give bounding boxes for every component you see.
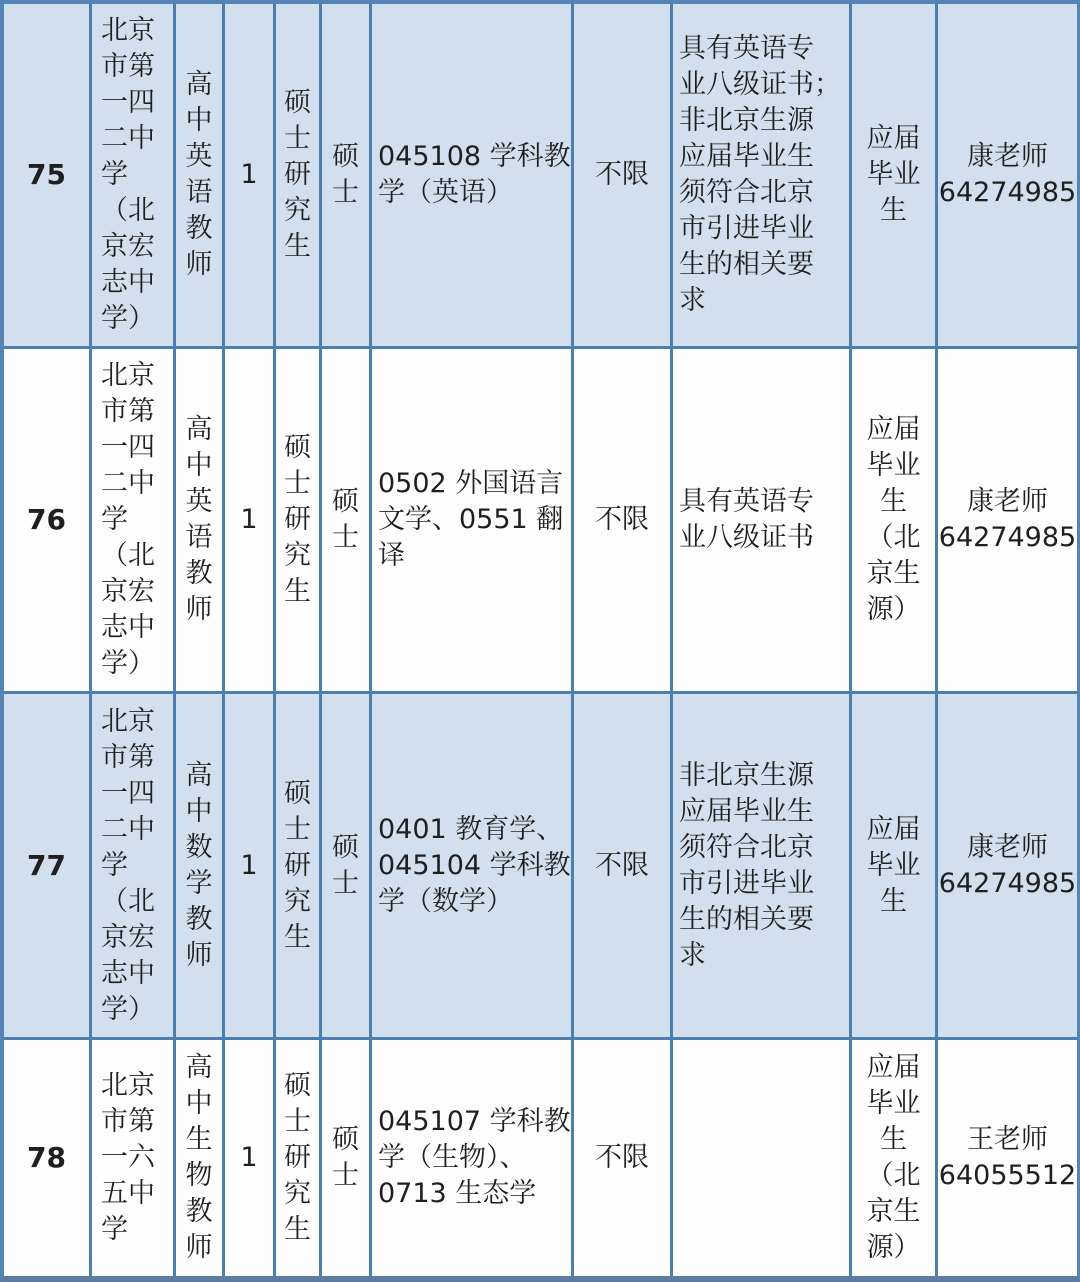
- cell-row-number: 77: [4, 694, 92, 1037]
- cell-education: 硕士研究生: [276, 1040, 322, 1276]
- cell-school: 北京市第一四二中学（北京宏志中学）: [92, 4, 176, 346]
- cell-school: 北京市第一四二中学（北京宏志中学）: [92, 349, 176, 691]
- cell-row-number: 78: [4, 1040, 92, 1276]
- position-text: 高中英语教师: [184, 67, 214, 283]
- requirements-text: 具有英语专 业八级证书； 非北京生源 应届毕业生 须符合北京 市引进毕业 生的相…: [679, 31, 841, 319]
- cell-count: 1: [225, 694, 276, 1037]
- degree-text: 硕士: [329, 1122, 363, 1194]
- cell-contact: 康老师 64274985: [938, 349, 1077, 691]
- degree-text: 硕士: [329, 484, 363, 556]
- majors-text: 045108 学科教 学（英语）: [378, 139, 571, 211]
- cell-count: 1: [225, 4, 276, 346]
- row-number-text: 78: [27, 1140, 66, 1176]
- limit-text: 不限: [595, 1140, 649, 1176]
- school-text: 北京市第一四二中学（北京宏志中学）: [101, 358, 159, 682]
- position-text: 高中数学教师: [184, 758, 214, 974]
- degree-text: 硕士: [329, 139, 363, 211]
- contact-text: 康老师 64274985: [939, 830, 1076, 902]
- cell-count: 1: [225, 1040, 276, 1276]
- contact-text: 康老师 64274985: [939, 139, 1076, 211]
- cell-requirements: 具有英语专 业八级证书: [673, 349, 852, 691]
- position-text: 高中生物教师: [184, 1050, 214, 1266]
- table-row: 77 北京市第一四二中学（北京宏志中学） 高中数学教师 1 硕士研究生 硕士 0…: [4, 694, 1077, 1040]
- count-text: 1: [240, 502, 257, 538]
- majors-text: 045107 学科教 学（生物）、 0713 生态学: [378, 1104, 571, 1212]
- school-text: 北京市第一四二中学（北京宏志中学）: [101, 704, 159, 1028]
- cell-school: 北京市第一六五中学: [92, 1040, 176, 1276]
- majors-text: 0401 教育学、 045104 学科教 学（数学）: [378, 812, 571, 920]
- cell-grad-type: 应届毕业生（北京生源）: [852, 349, 938, 691]
- table-row: 75 北京市第一四二中学（北京宏志中学） 高中英语教师 1 硕士研究生 硕士 0…: [4, 4, 1077, 349]
- cell-majors: 045108 学科教 学（英语）: [372, 4, 574, 346]
- cell-limit: 不限: [574, 1040, 673, 1276]
- grad-type-text: 应届毕业生: [865, 121, 923, 229]
- cell-contact: 康老师 64274985: [938, 694, 1077, 1037]
- cell-grad-type: 应届毕业生: [852, 694, 938, 1037]
- cell-grad-type: 应届毕业生（北京生源）: [852, 1040, 938, 1276]
- cell-limit: 不限: [574, 694, 673, 1037]
- cell-majors: 0401 教育学、 045104 学科教 学（数学）: [372, 694, 574, 1037]
- school-text: 北京市第一四二中学（北京宏志中学）: [101, 13, 159, 337]
- cell-position: 高中英语教师: [176, 4, 225, 346]
- limit-text: 不限: [595, 157, 649, 193]
- grad-type-text: 应届毕业生（北京生源）: [865, 1050, 923, 1266]
- table-row: 76 北京市第一四二中学（北京宏志中学） 高中英语教师 1 硕士研究生 硕士 0…: [4, 349, 1077, 694]
- cell-row-number: 76: [4, 349, 92, 691]
- cell-position: 高中英语教师: [176, 349, 225, 691]
- count-text: 1: [240, 157, 257, 193]
- cell-requirements: 具有英语专 业八级证书； 非北京生源 应届毕业生 须符合北京 市引进毕业 生的相…: [673, 4, 852, 346]
- grad-type-text: 应届毕业生: [865, 812, 923, 920]
- cell-school: 北京市第一四二中学（北京宏志中学）: [92, 694, 176, 1037]
- cell-education: 硕士研究生: [276, 694, 322, 1037]
- cell-degree: 硕士: [322, 694, 372, 1037]
- cell-majors: 0502 外国语言 文学、0551 翻 译: [372, 349, 574, 691]
- cell-education: 硕士研究生: [276, 4, 322, 346]
- contact-text: 康老师 64274985: [939, 484, 1076, 556]
- cell-education: 硕士研究生: [276, 349, 322, 691]
- cell-requirements: [673, 1040, 852, 1276]
- limit-text: 不限: [595, 848, 649, 884]
- row-number-text: 77: [27, 848, 66, 884]
- count-text: 1: [240, 848, 257, 884]
- requirements-text: 非北京生源 应届毕业生 须符合北京 市引进毕业 生的相关要 求: [679, 758, 814, 974]
- education-text: 硕士研究生: [283, 430, 313, 610]
- recruitment-table: 75 北京市第一四二中学（北京宏志中学） 高中英语教师 1 硕士研究生 硕士 0…: [0, 0, 1080, 1282]
- cell-limit: 不限: [574, 349, 673, 691]
- table-row: 78 北京市第一六五中学 高中生物教师 1 硕士研究生 硕士 045107 学科…: [4, 1040, 1077, 1276]
- cell-degree: 硕士: [322, 4, 372, 346]
- cell-row-number: 75: [4, 4, 92, 346]
- row-number-text: 76: [27, 502, 66, 538]
- cell-position: 高中生物教师: [176, 1040, 225, 1276]
- position-text: 高中英语教师: [184, 412, 214, 628]
- education-text: 硕士研究生: [283, 776, 313, 956]
- limit-text: 不限: [595, 502, 649, 538]
- cell-count: 1: [225, 349, 276, 691]
- cell-contact: 康老师 64274985: [938, 4, 1077, 346]
- education-text: 硕士研究生: [283, 1068, 313, 1248]
- cell-contact: 王老师 64055512: [938, 1040, 1077, 1276]
- grad-type-text: 应届毕业生（北京生源）: [865, 412, 923, 628]
- majors-text: 0502 外国语言 文学、0551 翻 译: [378, 466, 563, 574]
- count-text: 1: [240, 1140, 257, 1176]
- cell-grad-type: 应届毕业生: [852, 4, 938, 346]
- cell-degree: 硕士: [322, 349, 372, 691]
- degree-text: 硕士: [329, 830, 363, 902]
- contact-text: 王老师 64055512: [939, 1122, 1076, 1194]
- cell-position: 高中数学教师: [176, 694, 225, 1037]
- cell-degree: 硕士: [322, 1040, 372, 1276]
- cell-majors: 045107 学科教 学（生物）、 0713 生态学: [372, 1040, 574, 1276]
- school-text: 北京市第一六五中学: [101, 1068, 159, 1248]
- education-text: 硕士研究生: [283, 85, 313, 265]
- requirements-text: 具有英语专 业八级证书: [679, 484, 814, 556]
- cell-requirements: 非北京生源 应届毕业生 须符合北京 市引进毕业 生的相关要 求: [673, 694, 852, 1037]
- cell-limit: 不限: [574, 4, 673, 346]
- row-number-text: 75: [27, 157, 66, 193]
